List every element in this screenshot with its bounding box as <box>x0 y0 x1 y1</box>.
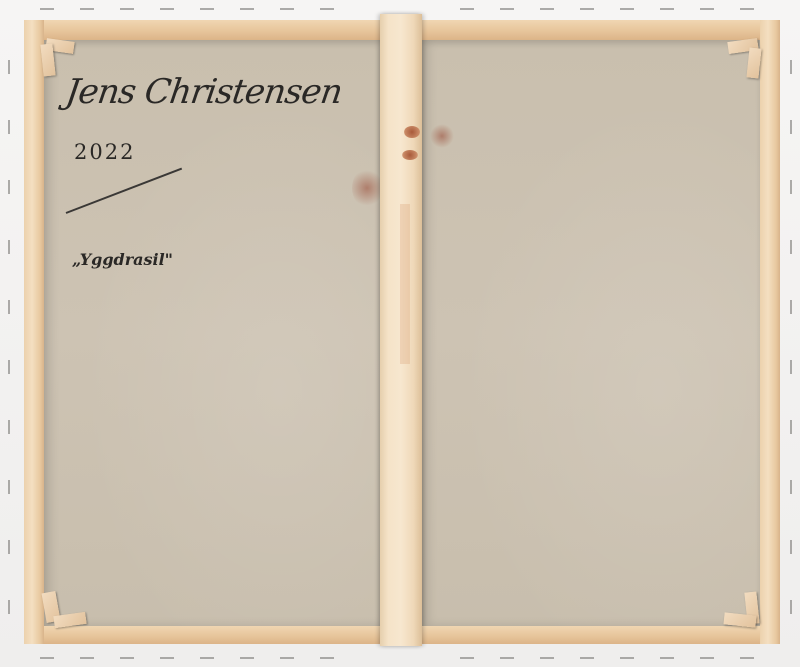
staple <box>8 120 10 134</box>
staple <box>8 240 10 254</box>
staple <box>500 8 514 10</box>
staple <box>620 657 634 659</box>
staple <box>120 657 134 659</box>
staple <box>740 8 754 10</box>
staple <box>580 657 594 659</box>
staple <box>790 600 792 614</box>
staple <box>200 657 214 659</box>
staple <box>790 540 792 554</box>
staple <box>320 657 334 659</box>
staple <box>790 480 792 494</box>
staple <box>240 8 254 10</box>
paint-stain <box>430 124 454 148</box>
staple <box>460 657 474 659</box>
staple <box>40 657 54 659</box>
staple <box>280 8 294 10</box>
staple <box>790 120 792 134</box>
staple <box>580 8 594 10</box>
stretcher-right-bar <box>760 20 780 644</box>
staple <box>790 60 792 74</box>
staple <box>620 8 634 10</box>
paint-stain <box>352 168 382 208</box>
linen-panel-right <box>422 40 760 626</box>
staple <box>500 657 514 659</box>
staple <box>80 657 94 659</box>
staple <box>660 657 674 659</box>
staple <box>80 8 94 10</box>
staple <box>460 8 474 10</box>
staple <box>200 8 214 10</box>
staple <box>160 8 174 10</box>
staple <box>40 8 54 10</box>
staple <box>8 60 10 74</box>
staple <box>540 8 554 10</box>
staple <box>540 657 554 659</box>
staple <box>8 180 10 194</box>
wood-grain <box>400 204 410 364</box>
staple <box>660 8 674 10</box>
staple <box>8 360 10 374</box>
staple <box>790 360 792 374</box>
staple <box>160 657 174 659</box>
staple <box>320 8 334 10</box>
inscription-year: 2022 <box>74 140 135 164</box>
staple <box>8 300 10 314</box>
staple <box>790 300 792 314</box>
staple <box>240 657 254 659</box>
staple <box>790 240 792 254</box>
staple <box>700 8 714 10</box>
canvas-back-photo: Jens Christensen 2022 „Yggdrasil" <box>0 0 800 667</box>
staple <box>790 420 792 434</box>
artwork-title: „Yggdrasil" <box>72 250 173 269</box>
wood-knot <box>402 150 418 160</box>
staple <box>740 657 754 659</box>
staple <box>280 657 294 659</box>
staple <box>790 180 792 194</box>
staple <box>700 657 714 659</box>
stretcher-center-bar <box>380 14 422 646</box>
staple <box>8 600 10 614</box>
linen-panel-left <box>44 40 380 626</box>
staple <box>120 8 134 10</box>
staple <box>8 420 10 434</box>
wood-knot <box>404 126 420 138</box>
staple <box>8 480 10 494</box>
staple <box>8 540 10 554</box>
stretcher-left-bar <box>24 20 44 644</box>
artist-signature: Jens Christensen <box>63 72 344 112</box>
